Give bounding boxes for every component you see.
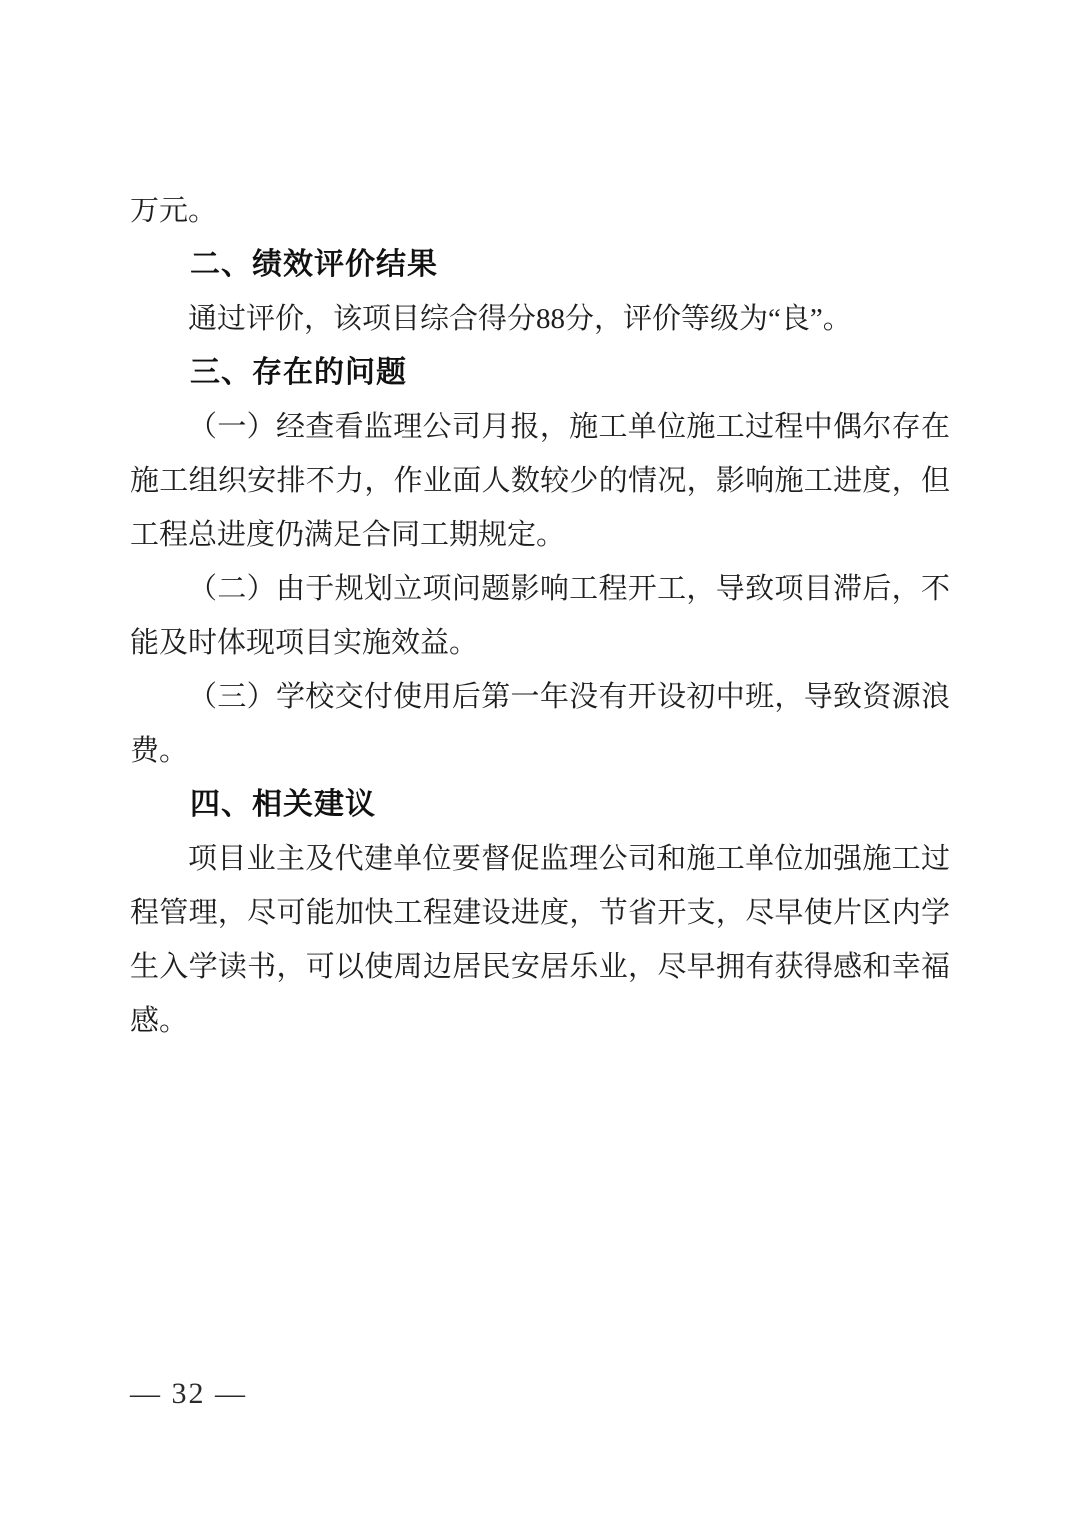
- text-line: 能及时体现项目实施效益。: [130, 616, 950, 670]
- section-heading-problems: 三、存在的问题: [130, 346, 950, 400]
- document-page: 万元。 二、绩效评价结果 通过评价，该项目综合得分88分，评价等级为“良”。 三…: [0, 0, 1074, 1520]
- document-body: 万元。 二、绩效评价结果 通过评价，该项目综合得分88分，评价等级为“良”。 三…: [130, 184, 950, 1048]
- text-line: 程管理，尽可能加快工程建设进度，节省开支，尽早使片区内学: [130, 886, 950, 940]
- text-line: 万元。: [130, 184, 950, 238]
- text-line: 通过评价，该项目综合得分88分，评价等级为“良”。: [130, 292, 950, 346]
- section-heading-suggestions: 四、相关建议: [130, 778, 950, 832]
- page-number: — 32 —: [130, 1374, 247, 1414]
- text-line: 项目业主及代建单位要督促监理公司和施工单位加强施工过: [130, 832, 950, 886]
- text-line: 工程总进度仍满足合同工期规定。: [130, 508, 950, 562]
- text-line: （二）由于规划立项问题影响工程开工，导致项目滞后，不: [130, 562, 950, 616]
- text-line: 生入学读书，可以使周边居民安居乐业，尽早拥有获得感和幸福: [130, 940, 950, 994]
- text-line: （一）经查看监理公司月报，施工单位施工过程中偶尔存在: [130, 400, 950, 454]
- text-line: 施工组织安排不力，作业面人数较少的情况，影响施工进度，但: [130, 454, 950, 508]
- text-line: 感。: [130, 994, 950, 1048]
- text-line: 费。: [130, 724, 950, 778]
- text-line: （三）学校交付使用后第一年没有开设初中班，导致资源浪: [130, 670, 950, 724]
- section-heading-results: 二、绩效评价结果: [130, 238, 950, 292]
